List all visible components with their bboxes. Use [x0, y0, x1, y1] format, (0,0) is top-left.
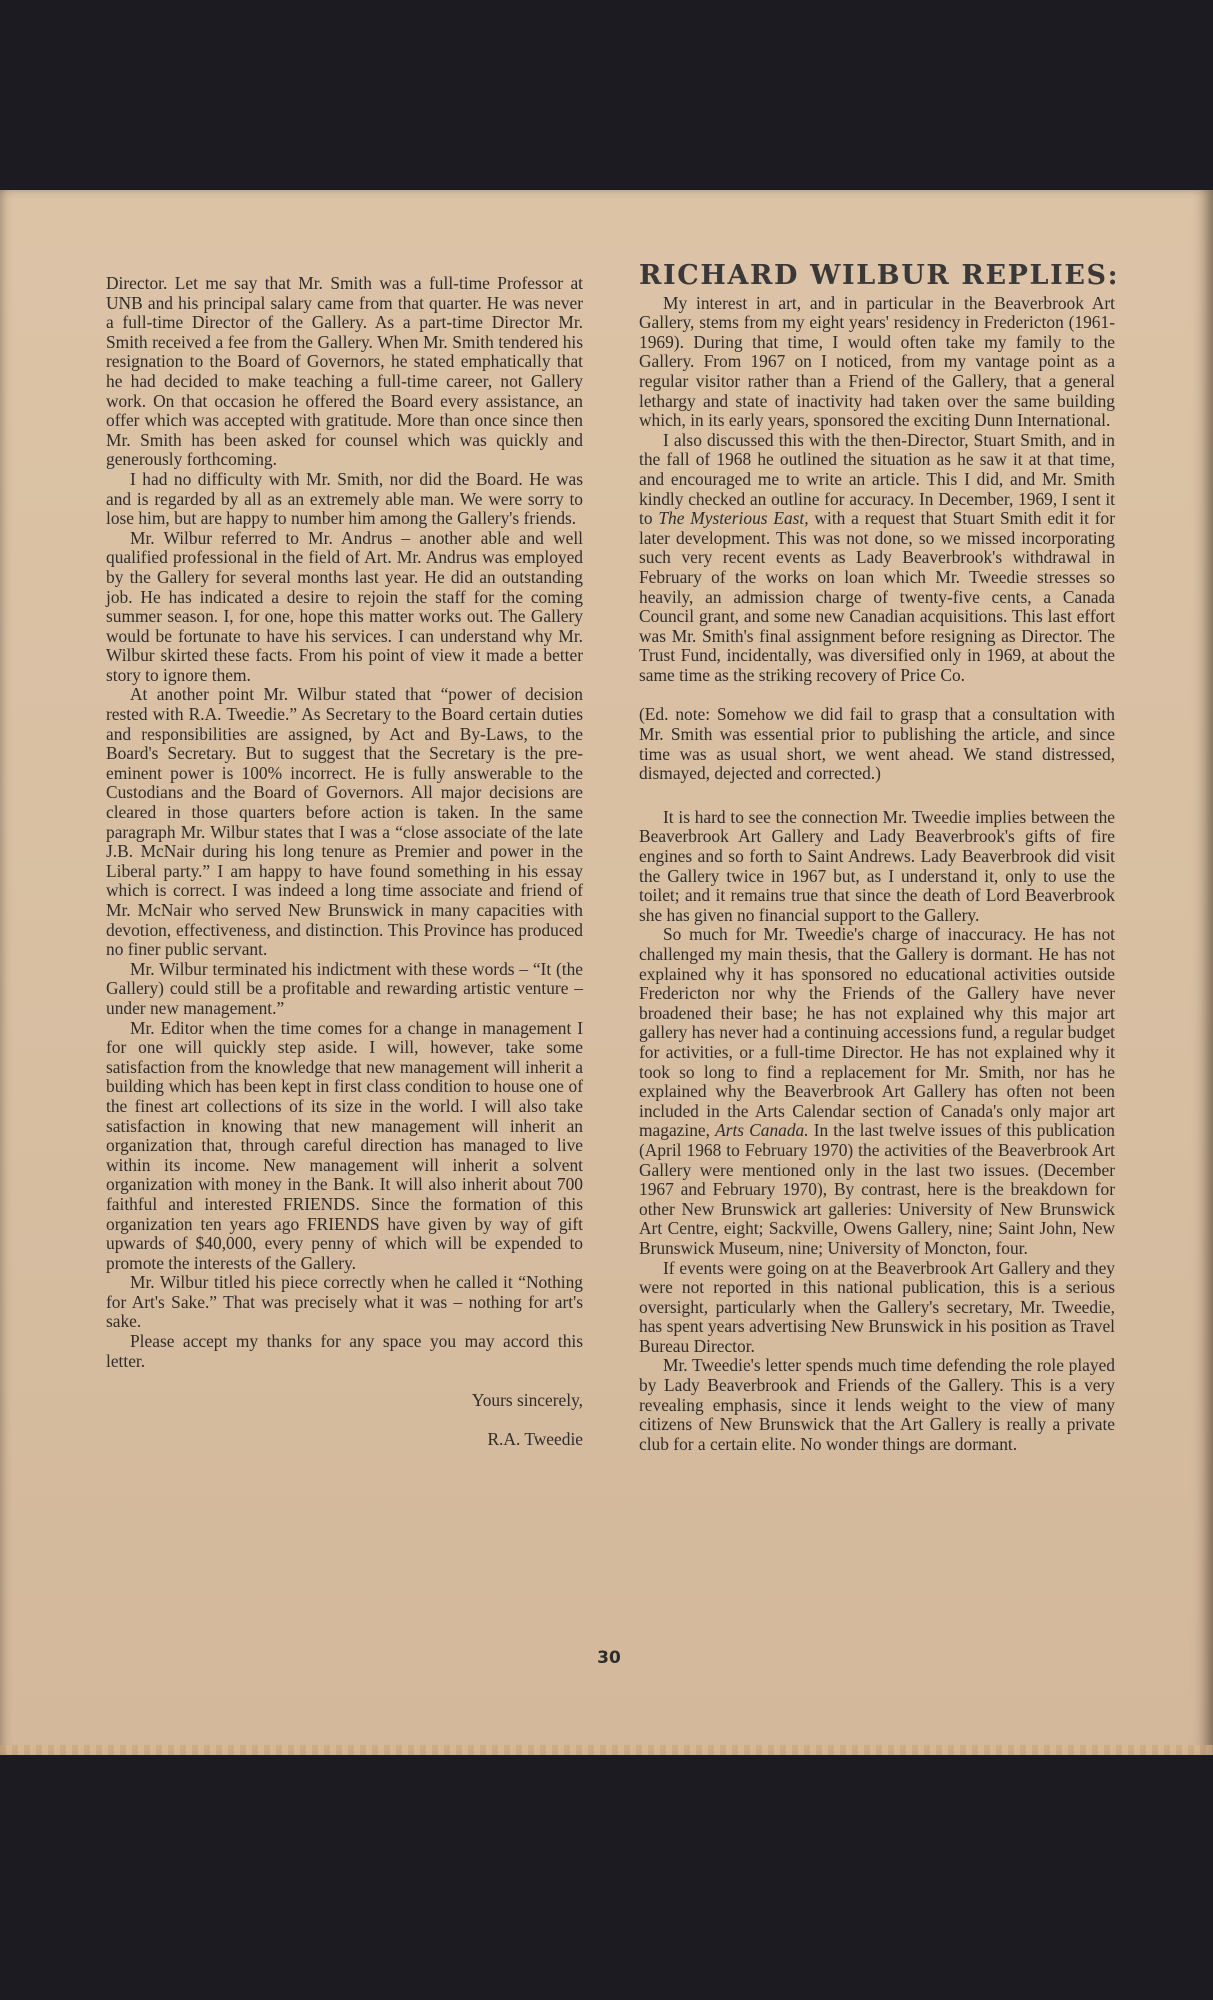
letter-closing: Yours sincerely, [106, 1391, 583, 1411]
page-number: 30 [594, 1648, 624, 1668]
letter-paragraph: Mr. Wilbur referred to Mr. Andrus – anot… [106, 529, 583, 686]
letter-paragraph: I had no difficulty with Mr. Smith, nor … [106, 470, 583, 529]
reply-paragraph: My interest in art, and in particular in… [639, 294, 1115, 431]
magazine-page: Director. Let me say that Mr. Smith was … [0, 190, 1213, 1755]
reply-headline: RICHARD WILBUR REPLIES: [639, 266, 1115, 286]
letter-paragraph: Mr. Wilbur titled his piece correctly wh… [106, 1273, 583, 1332]
wilbur-reply-column: RICHARD WILBUR REPLIES: My interest in a… [639, 274, 1115, 1454]
letter-paragraph: At another point Mr. Wilbur stated that … [106, 685, 583, 959]
letter-signature: R.A. Tweedie [106, 1430, 583, 1450]
reply-paragraph: So much for Mr. Tweedie's charge of inac… [639, 925, 1115, 1258]
publication-title: Arts Canada. [715, 1120, 809, 1140]
reply-paragraph: Mr. Tweedie's letter spends much time de… [639, 1356, 1115, 1454]
tweedie-letter-column: Director. Let me say that Mr. Smith was … [106, 274, 583, 1449]
publication-title: The Mysterious East, [658, 508, 808, 528]
reply-paragraph: It is hard to see the connection Mr. Twe… [639, 808, 1115, 926]
reply-paragraph: I also discussed this with the then-Dire… [639, 431, 1115, 686]
editor-note: (Ed. note: Somehow we did fail to grasp … [639, 705, 1115, 783]
letter-paragraph: Mr. Wilbur terminated his indictment wit… [106, 960, 583, 1019]
letter-paragraph: Mr. Editor when the time comes for a cha… [106, 1019, 583, 1274]
letter-paragraph: Director. Let me say that Mr. Smith was … [106, 274, 583, 470]
reply-paragraph: If events were going on at the Beaverbro… [639, 1259, 1115, 1357]
letter-paragraph: Please accept my thanks for any space yo… [106, 1332, 583, 1371]
